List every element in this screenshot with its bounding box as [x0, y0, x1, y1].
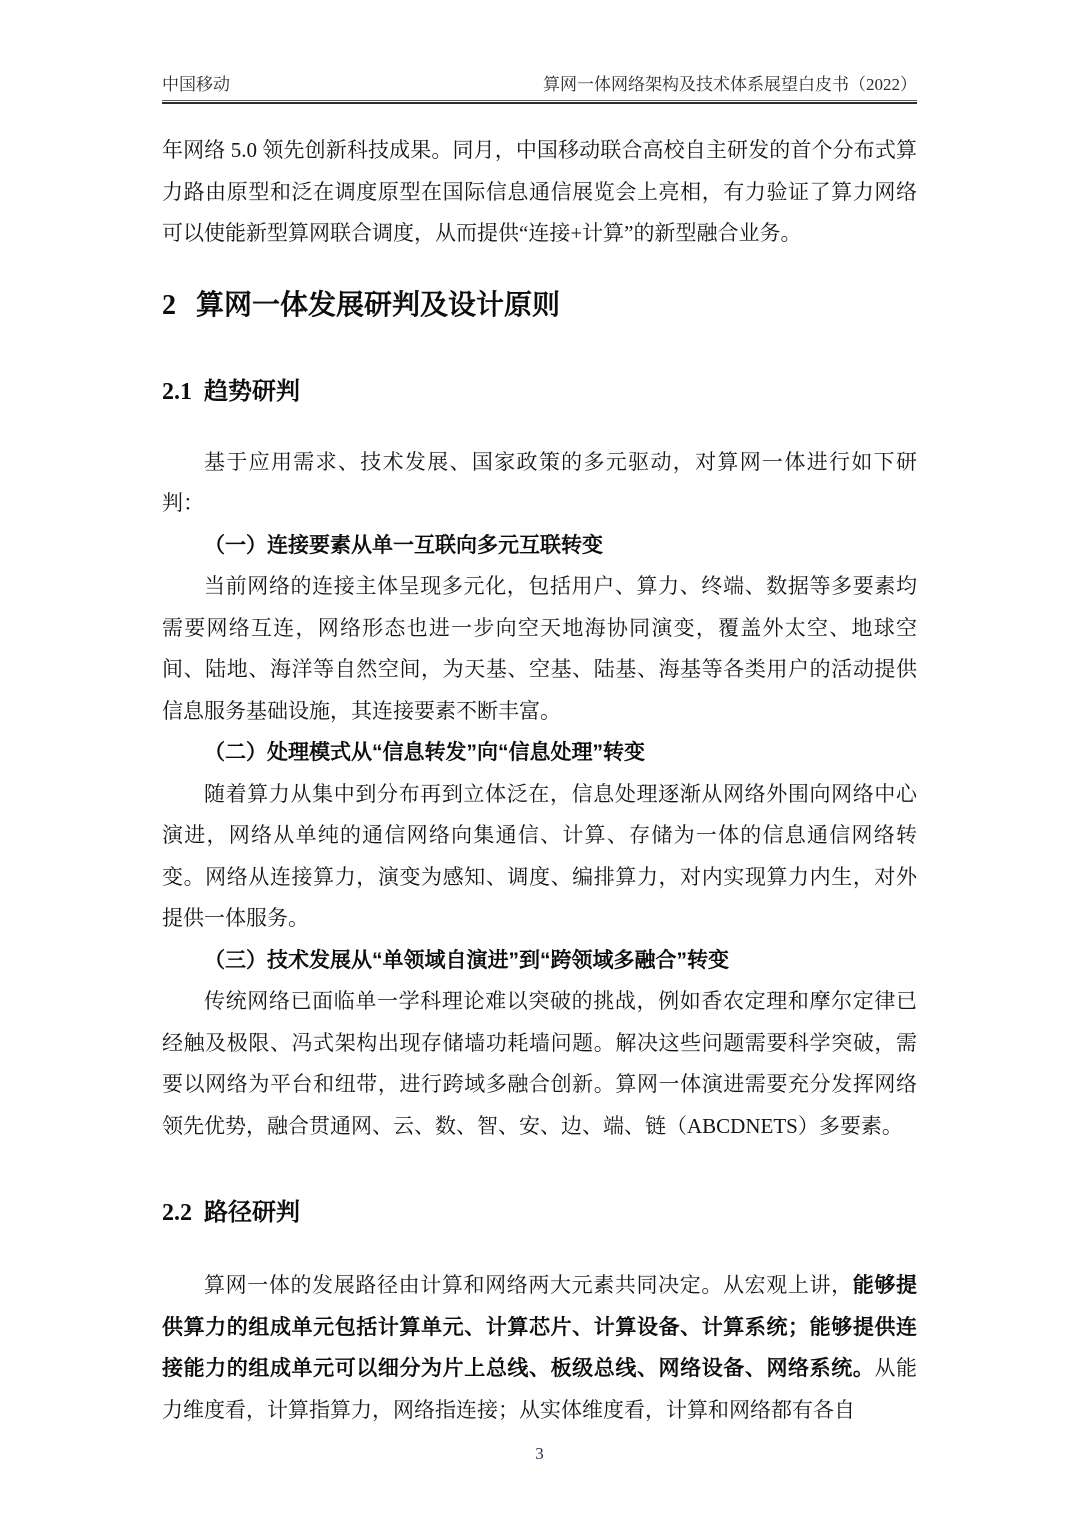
section-2-2-title: 路径研判 — [204, 1199, 300, 1226]
path-paragraph: 算网一体的发展路径由计算和网络两大元素共同决定。从宏观上讲，能够提供算力的组成单… — [162, 1265, 917, 1431]
section-2-number: 2 — [162, 290, 176, 321]
section-2-2-number: 2.2 — [162, 1200, 192, 1226]
header-rule — [162, 100, 917, 104]
point-3-body: 传统网络已面临单一学科理论难以突破的挑战，例如香农定理和摩尔定律已经触及极限、冯… — [162, 981, 917, 1147]
section-2-1-title: 趋势研判 — [204, 378, 300, 405]
section-2-1-heading: 2.1趋势研判 — [162, 376, 917, 408]
intro-paragraph: 年网络 5.0 领先创新科技成果。同月，中国移动联合高校自主研发的首个分布式算力… — [162, 130, 917, 255]
section-2-1-number: 2.1 — [162, 379, 192, 405]
document-page: 中国移动 算网一体网络架构及技术体系展望白皮书（2022） 年网络 5.0 领先… — [0, 0, 1080, 1526]
section-2-heading: 2算网一体发展研判及设计原则 — [162, 287, 917, 324]
point-3-heading: （三）技术发展从“单领域自演进”到“跨领域多融合”转变 — [162, 940, 917, 982]
point-1-body: 当前网络的连接主体呈现多元化，包括用户、算力、终端、数据等多要素均需要网络互连，… — [162, 566, 917, 732]
point-1-heading: （一）连接要素从单一互联向多元互联转变 — [162, 525, 917, 567]
header-right-title: 算网一体网络架构及技术体系展望白皮书（2022） — [543, 74, 917, 96]
section-2-title: 算网一体发展研判及设计原则 — [196, 289, 560, 320]
path-paragraph-pre: 算网一体的发展路径由计算和网络两大元素共同决定。从宏观上讲， — [204, 1273, 853, 1297]
header-left-title: 中国移动 — [162, 74, 230, 96]
trend-intro-paragraph: 基于应用需求、技术发展、国家政策的多元驱动，对算网一体进行如下研判： — [162, 442, 917, 525]
point-2-heading: （二）处理模式从“信息转发”向“信息处理”转变 — [162, 732, 917, 774]
page-number: 3 — [162, 1443, 917, 1465]
page-header: 中国移动 算网一体网络架构及技术体系展望白皮书（2022） — [162, 74, 917, 100]
point-2-body: 随着算力从集中到分布再到立体泛在，信息处理逐渐从网络外围向网络中心演进，网络从单… — [162, 774, 917, 940]
section-2-2-heading: 2.2路径研判 — [162, 1197, 917, 1229]
